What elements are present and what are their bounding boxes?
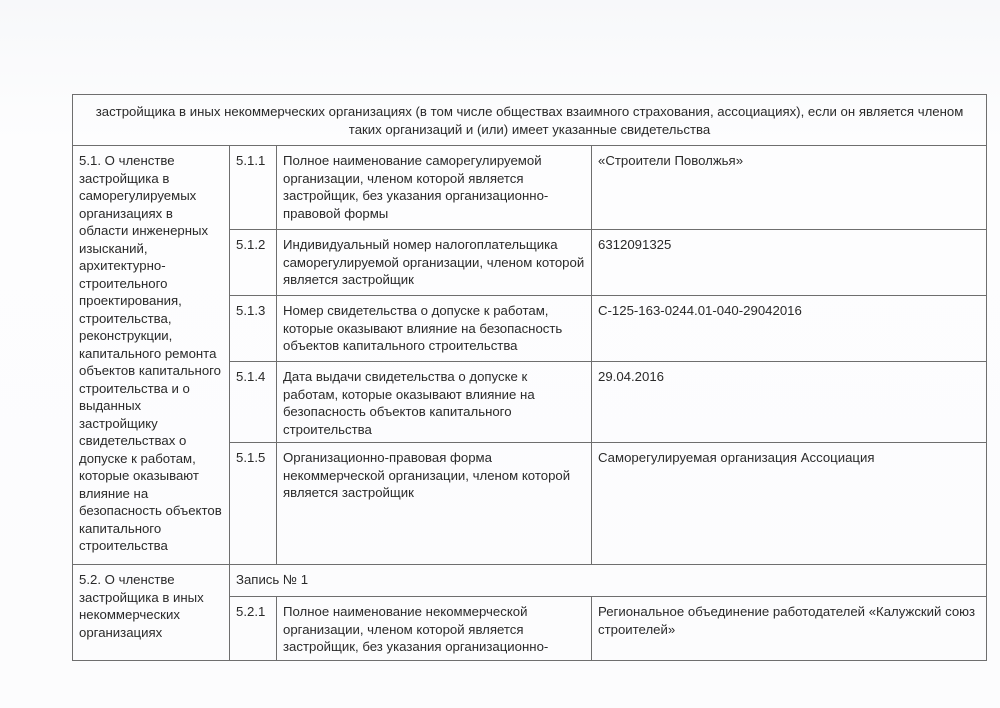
row-number: 5.1.4 <box>230 362 277 443</box>
row-number: 5.1.2 <box>230 230 277 296</box>
field-name: Дата выдачи свидетельства о допуске к ра… <box>277 362 592 443</box>
field-name: Полное наименование саморегулируемой орг… <box>277 146 592 230</box>
field-value: Региональное объединение работодателей «… <box>592 597 987 661</box>
field-value: 6312091325 <box>592 230 987 296</box>
record-label: Запись № 1 <box>230 565 987 597</box>
field-value: Саморегулируемая организация Ассоциация <box>592 443 987 565</box>
field-value: «Строители Поволжья» <box>592 146 987 230</box>
section-5-2-label: 5.2. О членстве застройщика в иных неком… <box>73 565 230 661</box>
row-number: 5.1.1 <box>230 146 277 230</box>
disclosure-table: застройщика в иных некоммерческих органи… <box>72 94 987 661</box>
row-number: 5.1.3 <box>230 296 277 362</box>
field-name: Номер свидетельства о допуске к работам,… <box>277 296 592 362</box>
header-cell: застройщика в иных некоммерческих органи… <box>73 95 987 146</box>
field-name: Организационно-правовая форма некоммерче… <box>277 443 592 565</box>
record-row: 5.2. О членстве застройщика в иных неком… <box>73 565 987 597</box>
field-name: Индивидуальный номер налогоплательщика с… <box>277 230 592 296</box>
table-row: 5.1. О членстве застройщика в саморегули… <box>73 146 987 230</box>
field-value: 29.04.2016 <box>592 362 987 443</box>
section-5-1-label: 5.1. О членстве застройщика в саморегули… <box>73 146 230 565</box>
row-number: 5.2.1 <box>230 597 277 661</box>
header-row: застройщика в иных некоммерческих органи… <box>73 95 987 146</box>
field-value: С-125-163-0244.01-040-29042016 <box>592 296 987 362</box>
row-number: 5.1.5 <box>230 443 277 565</box>
field-name: Полное наименование некоммерческой орган… <box>277 597 592 661</box>
